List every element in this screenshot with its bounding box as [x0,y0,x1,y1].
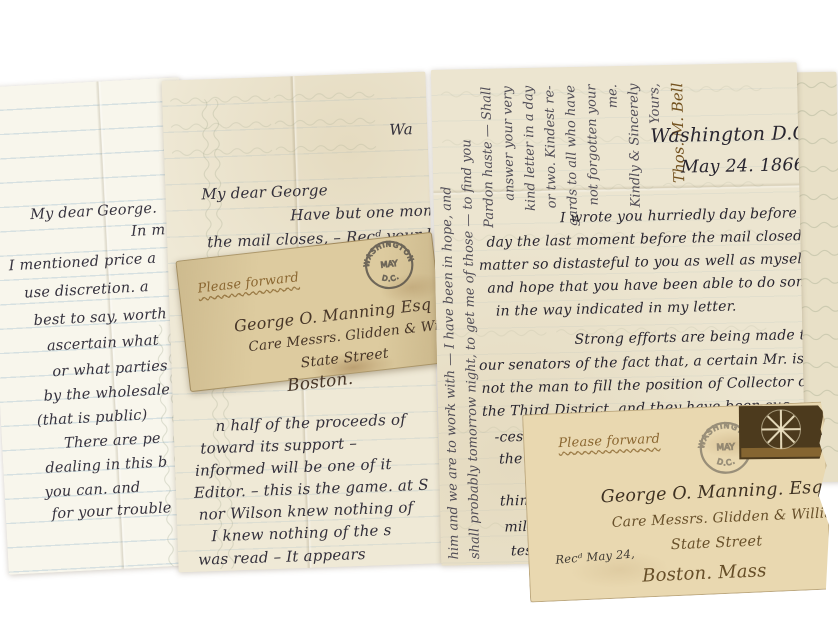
postmark-washington: WASHINGTON MAY D.C. [359,235,419,295]
letter-line: for your trouble [51,501,172,523]
letter-line: My dear George. [30,201,158,224]
letter-line: I knew nothing of the s [211,522,392,545]
postmark-state: D.C. [715,456,737,468]
address-line: Boston. Mass [642,561,767,586]
letter-line: by the wholesale [43,383,170,406]
received-note: Recᵈ May 24, [555,547,635,566]
letter-line: you can. and [44,480,141,501]
letter-line: ascertain what [47,333,159,355]
postmark-state: D.C. [380,271,401,284]
letter-line: (that is public) [37,408,148,430]
forward-note: Please forward [558,433,660,452]
letter-line: There are pe [64,431,161,452]
forward-note: Please forward [197,271,300,297]
letter-line: I mentioned price a [8,251,156,275]
address-line: State Street [300,347,390,372]
address-line: State Street [671,534,763,554]
envelope-stamped: Please forward WASHINGTON MAY D.C. [522,402,832,603]
letter-line: use discretion. a [24,280,149,302]
postage-stamp-star-cancel-icon [738,404,824,461]
address-line: Care Messrs. Glidden & Williams [612,505,838,531]
address-line: George O. Manning. Esq [600,478,823,507]
letter-line: n half of the proceeds of [215,411,406,434]
letter-line: In m [131,223,166,241]
dateline-fragment: Wa [389,121,413,138]
letter-line: toward its support – [200,435,357,457]
postmark-month: MAY [380,258,399,270]
dateline-place: Washington D.C. [650,123,807,147]
svg-text:D.C.: D.C. [380,271,401,284]
letter-line: dealing in this b [45,455,168,477]
svg-text:D.C.: D.C. [715,456,737,468]
dateline-date: May 24. 1866. [681,155,807,177]
letter-line: was read – It appears [198,546,366,568]
photo-of-letters: My dear George. In m I mentioned price a… [0,18,838,618]
letter-line: or what parties [52,359,168,381]
letter-line: Have but one mom [290,202,438,224]
postmark-month: MAY [716,442,735,453]
letter-line: best to say, worth [33,307,167,330]
